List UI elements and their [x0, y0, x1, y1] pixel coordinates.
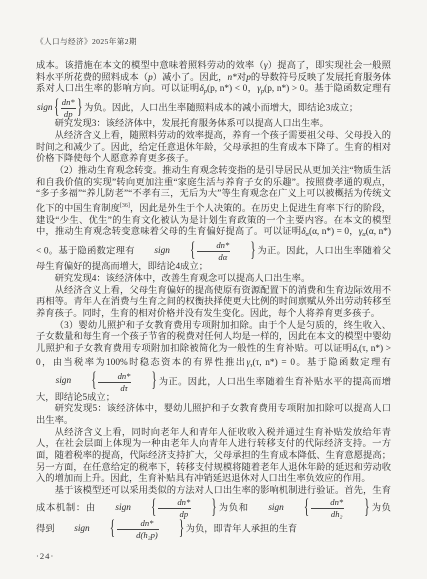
body-text: 为负和	[218, 504, 249, 514]
math-expression: (α, n*) = 0，	[309, 227, 359, 237]
right-brace: }	[231, 241, 256, 263]
body-text: 成本。该措施在本文的模型中意味着照料劳动的效率（	[36, 61, 264, 71]
body-text: 由当税率为100%时稳态资本的有界性推出	[53, 358, 247, 368]
fraction-denominator: dh₂	[311, 508, 344, 519]
paragraph: 研究发现3：该经济体中，发展托育服务体系可以提高人口出生率。	[36, 119, 391, 131]
fraction-denominator: dp	[61, 108, 76, 119]
fraction-numerator: dn*	[158, 498, 191, 508]
sign-operator: sign	[56, 524, 90, 536]
paragraph: 从经济含义上看，同时向老年人和青年人征收收入税并通过生育补贴发放给年青人，在社会…	[36, 428, 391, 487]
left-brace: {	[285, 497, 310, 519]
paragraph: 成本。该措施在本文的模型中意味着照料劳动的效率（γ）提高了，即实现社会一般照料水…	[36, 61, 391, 119]
body-text: 研究发现3：该经济体中，发展托育服务体系可以提高人口出生率。	[55, 119, 329, 129]
derivative-fraction: dn*dα	[196, 241, 231, 262]
journal-header: 《人口与经济》2025年第2期	[36, 36, 391, 47]
body-text: 从经济含义上看，同时向老年人和青年人征收收入税并通过生育补贴发放给年青人，在社会…	[36, 428, 391, 485]
body-text: 从经济含义上看，父母生育偏好的提高使原有资源配置下的消费和生育边际效用不再相等。…	[36, 286, 391, 319]
left-brace: {	[132, 497, 157, 519]
right-brace: }	[77, 97, 83, 119]
fraction-numerator: dn*	[117, 519, 159, 529]
body-text: 为负，即青年人承担的生育	[186, 525, 298, 535]
paragraph: 研究发现5：该经济体中，婴幼儿照护和子女教育费用专项附加扣除可以提高人口出生率。	[36, 404, 391, 427]
fraction-denominator: d(h₂p)	[117, 529, 159, 540]
derivative-fraction: dn*d(h₂p)	[116, 519, 160, 540]
sign-operator: sign	[97, 503, 131, 515]
math-expression: (p, n*) > 0。	[264, 84, 314, 94]
body-text: 研究发现4：该经济体中，改善生育观念可以提高人口出生率。	[55, 274, 311, 284]
sign-derivative-formula: sign{dn*dα}	[136, 241, 256, 262]
sign-operator: sign	[250, 503, 284, 515]
sign-derivative-formula: sign{dn*d(h₂p)}	[56, 519, 185, 540]
citation-superscript: [36]	[120, 203, 130, 209]
article-body: 成本。该措施在本文的模型中意味着照料劳动的效率（γ）提高了，即实现社会一般照料水…	[36, 61, 391, 540]
right-brace: }	[192, 497, 217, 519]
math-variable-subscripted: δp	[199, 84, 207, 94]
body-text: 为负。因此，人口出生率随照料成本的减小而增大，即结论3成立；	[84, 104, 358, 114]
body-text: （3）婴幼儿照护和子女教育费用专项附加扣除。由于个人是匀质的，终生收入、子女数量…	[36, 321, 391, 354]
right-brace: }	[132, 371, 157, 393]
left-brace: {	[72, 371, 97, 393]
math-variable: n*	[228, 73, 237, 83]
body-text: 基于隐函数定理有	[58, 247, 135, 257]
paragraph: 基于该模型还可以采用类似的方法对人口出生率的影响机制进行验证。首先，生育成本机制…	[36, 486, 391, 540]
fraction-numerator: dn*	[311, 498, 344, 508]
sign-operator: sign	[37, 376, 71, 388]
math-variable-subscripted: δα	[301, 227, 309, 237]
fraction-denominator: dα	[197, 251, 230, 262]
left-brace: {	[171, 241, 196, 263]
body-text: ）减小了。因此，	[153, 73, 228, 83]
sign-derivative-formula: sign{dn*dp}	[37, 98, 83, 119]
left-brace: {	[91, 518, 116, 540]
body-text: 从经济含义上看，随照料劳动的效率提高，养育一个孩子需要祖父母、父母投入的时间之和…	[36, 131, 391, 164]
paragraph: 从经济含义上看，随照料劳动的效率提高，养育一个孩子需要祖父母、父母投入的时间之和…	[36, 131, 391, 166]
body-text: 对	[237, 73, 246, 83]
right-brace: }	[160, 518, 185, 540]
paragraph: （3）婴幼儿照护和子女教育费用专项附加扣除。由于个人是匀质的，终生收入、子女数量…	[36, 321, 391, 405]
body-text: 基于隐函数定理有	[307, 358, 391, 368]
derivative-fraction: dn*dp	[60, 98, 77, 119]
sign-derivative-formula: sign{dn*dp}	[97, 498, 217, 519]
left-brace: {	[54, 97, 60, 119]
right-brace: }	[345, 497, 370, 519]
body-text: 研究发现5：该经济体中，婴幼儿照护和子女教育费用专项附加扣除可以提高人口出生率。	[36, 404, 391, 426]
paragraph: 研究发现4：该经济体中，改善生育观念可以提高人口出生率。	[36, 274, 391, 286]
fraction-numerator: dn*	[197, 241, 230, 251]
sign-operator: sign	[136, 246, 170, 258]
math-expression: (p, n*) < 0，	[207, 84, 257, 94]
paragraph: （2）推动生育观念转变。推动生育观念转变指的是引导居民从更加关注“物质生活和自我…	[36, 166, 391, 274]
sign-operator: sign	[37, 103, 53, 115]
derivative-fraction: dn*dp	[157, 498, 192, 519]
math-expression: (τ, n*) = 0。	[252, 358, 307, 368]
sign-derivative-formula: sign{dn*dτ}	[37, 372, 157, 393]
fraction-numerator: dn*	[98, 372, 131, 382]
derivative-fraction: dn*dh₂	[310, 498, 345, 519]
document-page: 《人口与经济》2025年第2期 成本。该措施在本文的模型中意味着照料劳动的效率（…	[0, 0, 427, 579]
body-text: 基于隐函数定理有	[314, 84, 391, 94]
fraction-denominator: dp	[158, 508, 191, 519]
paragraph: 从经济含义上看，父母生育偏好的提高使原有资源配置下的消费和生育边际效用不再相等。…	[36, 286, 391, 321]
derivative-fraction: dn*dτ	[97, 372, 132, 393]
math-variable-subscripted: γα	[359, 227, 366, 237]
fraction-denominator: dτ	[98, 382, 131, 393]
page-number: ·24·	[36, 551, 54, 561]
math-variable-subscripted: δτ	[352, 344, 359, 354]
fraction-numerator: dn*	[61, 98, 76, 108]
sign-derivative-formula: sign{dn*dh₂}	[250, 498, 370, 519]
